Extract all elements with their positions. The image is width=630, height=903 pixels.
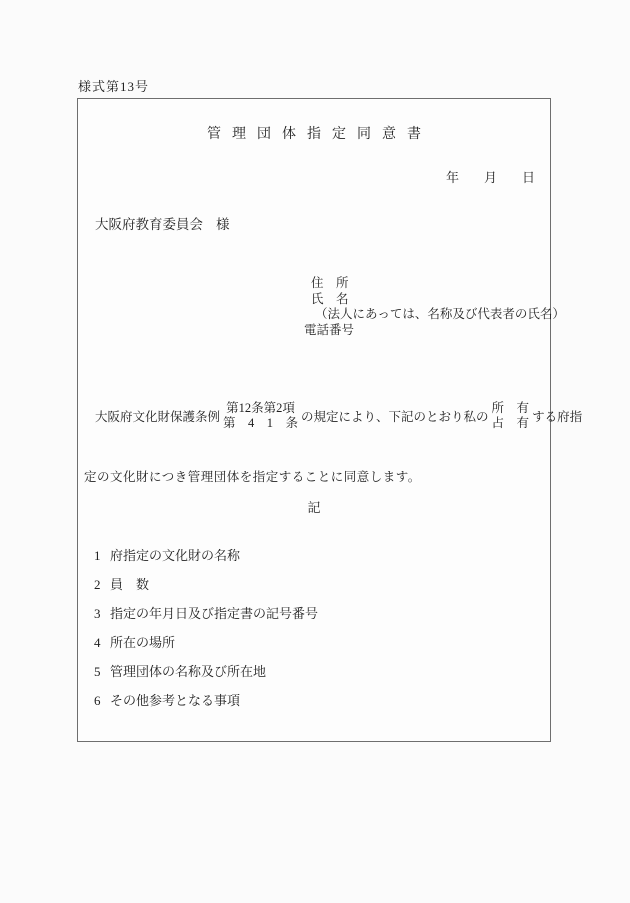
ownership-stack-bottom: 占 有: [492, 416, 530, 431]
date-line: 年 月 日: [446, 167, 550, 186]
record-item-list: 1府指定の文化財の名称 2員 数 3指定の年月日及び指定書の記号番号 4所在の場…: [94, 549, 318, 723]
form-border-box: 管理団体指定同意書 年 月 日 大阪府教育委員会 様 住 所 氏 名 （法人にあ…: [77, 98, 551, 742]
list-item: 4所在の場所: [94, 636, 318, 649]
document-title: 管理団体指定同意書: [78, 123, 550, 143]
phone-label: 電話番号: [304, 323, 565, 339]
item-number: 4: [94, 636, 110, 649]
item-text: 所在の場所: [110, 635, 175, 650]
article-stack-bottom: 第 4 1 条: [223, 416, 298, 431]
item-number: 1: [94, 549, 110, 562]
item-number: 3: [94, 607, 110, 620]
address-label: 住 所: [304, 276, 565, 292]
item-number: 5: [94, 665, 110, 678]
ordinance-name: 大阪府文化財保護条例: [95, 407, 220, 425]
article-number-stack: 第12条第2項 第 4 1 条: [223, 401, 298, 431]
signature-block: 住 所 氏 名 （法人にあっては、名称及び代表者の氏名） 電話番号: [304, 276, 565, 338]
consent-tail-text: する府指: [532, 407, 582, 425]
list-item: 5管理団体の名称及び所在地: [94, 665, 318, 678]
item-number: 2: [94, 578, 110, 591]
article-stack-top: 第12条第2項: [226, 401, 295, 416]
date-month-label: 月: [484, 167, 497, 186]
recipient-name: 大阪府教育委員会: [95, 213, 203, 233]
date-day-label: 日: [522, 167, 535, 186]
list-item: 1府指定の文化財の名称: [94, 549, 318, 562]
item-text: 管理団体の名称及び所在地: [110, 664, 266, 679]
name-label: 氏 名: [304, 292, 565, 308]
recipient-line: 大阪府教育委員会 様: [95, 213, 230, 233]
consent-sentence-line1: 大阪府文化財保護条例 第12条第2項 第 4 1 条 の規定により、下記のとおり…: [95, 401, 582, 431]
corporate-note: （法人にあっては、名称及び代表者の氏名）: [304, 307, 565, 323]
document-page: 様式第13号 管理団体指定同意書 年 月 日 大阪府教育委員会 様 住 所 氏 …: [0, 0, 630, 903]
recipient-honorific: 様: [216, 213, 230, 233]
ownership-stack: 所 有 占 有: [492, 401, 530, 431]
item-number: 6: [94, 694, 110, 707]
form-number: 様式第13号: [78, 79, 149, 94]
item-text: その他参考となる事項: [110, 693, 240, 708]
ownership-stack-top: 所 有: [492, 401, 530, 416]
consent-middle-text: の規定により、下記のとおり私の: [301, 407, 489, 425]
item-text: 員 数: [110, 577, 149, 592]
list-item: 6その他参考となる事項: [94, 694, 318, 707]
date-year-label: 年: [446, 167, 459, 186]
consent-sentence-line2: 定の文化財につき管理団体を指定することに同意します。: [84, 467, 421, 485]
record-heading: 記: [78, 497, 550, 516]
item-text: 府指定の文化財の名称: [110, 548, 240, 563]
list-item: 2員 数: [94, 578, 318, 591]
list-item: 3指定の年月日及び指定書の記号番号: [94, 607, 318, 620]
item-text: 指定の年月日及び指定書の記号番号: [110, 606, 318, 621]
